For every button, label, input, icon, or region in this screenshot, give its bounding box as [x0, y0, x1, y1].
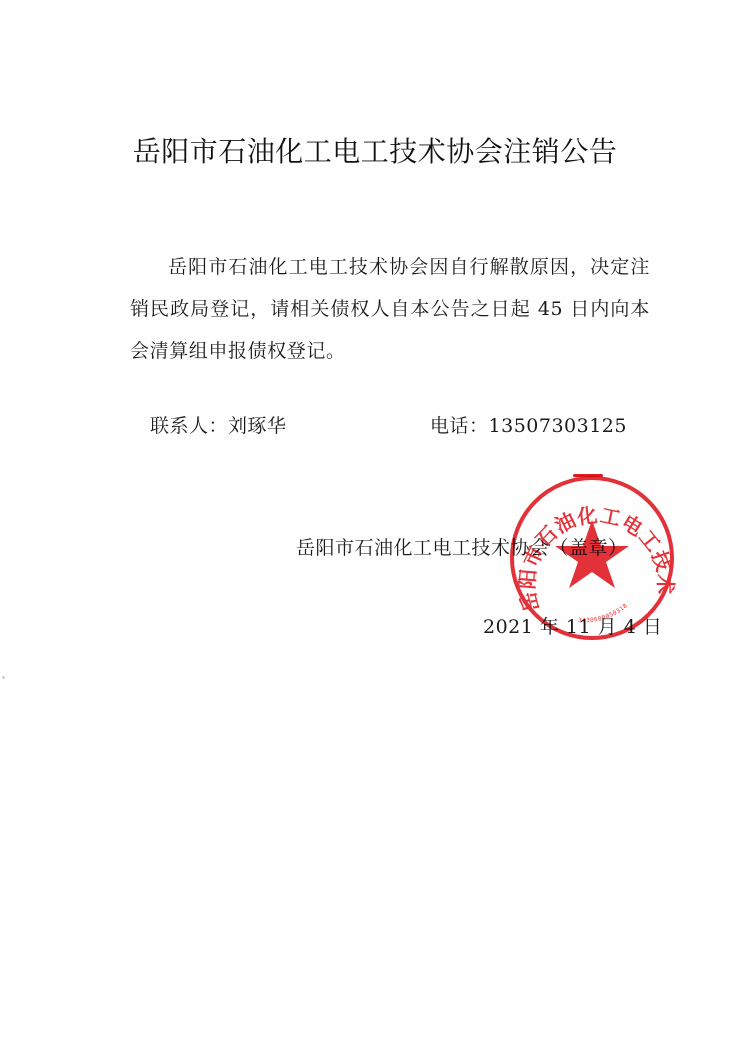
contact-phone: 电话：13507303125: [430, 411, 627, 438]
scan-speck: [2, 676, 5, 679]
official-seal-icon: 岳阳市石油化工电工技术学会 3430600050318: [508, 474, 676, 642]
seal-code: 3430600050318: [578, 602, 629, 624]
contact-person: 联系人：刘琢华: [150, 411, 287, 438]
contact-phone-label: 电话：: [430, 415, 489, 437]
svg-text:3430600050318: 3430600050318: [578, 602, 629, 624]
announcement-body: 岳阳市石油化工电工技术协会因自行解散原因，决定注销民政局登记，请相关债权人自本公…: [130, 246, 650, 372]
contact-person-name: 刘琢华: [228, 415, 287, 437]
page-title: 岳阳市石油化工电工技术协会注销公告: [0, 130, 750, 170]
contact-phone-number: 13507303125: [489, 415, 627, 437]
contact-person-label: 联系人：: [150, 415, 228, 437]
